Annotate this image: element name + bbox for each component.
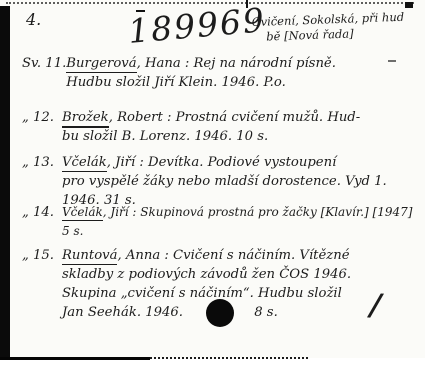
entry-number: „ 12. [22, 108, 62, 127]
card-bottom-edge [0, 357, 150, 360]
catalog-entry: „ 14. Včelák, Jiří : Skupinová prostná p… [22, 203, 418, 241]
entry-body: Včelák, Jiří : Devítka. Podiové vystoupe… [62, 153, 387, 210]
scan-artifact [388, 60, 396, 62]
card-bottom-edge-dotted [150, 357, 308, 359]
entry-author: Brožek [62, 110, 109, 128]
entry-number: „ 15. [22, 246, 62, 265]
entry-body: Včelák, Jiří : Skupinová prostná pro žač… [62, 203, 418, 241]
entry-number: Sv. 11. [22, 54, 66, 73]
entry-number: „ 14. [22, 203, 62, 222]
entry-author: Včelák [62, 205, 103, 221]
hole-punch [206, 299, 234, 327]
scan-edge-top [6, 2, 414, 4]
catalog-card-scan: 4. 189969 Cvičení, Sokolská, při hud bě … [0, 0, 425, 390]
entry-body: Brožek, Robert : Prostná cvičení mužů. H… [62, 108, 360, 146]
card-subject-heading: Cvičení, Sokolská, při hud bě [Nová řada… [252, 9, 425, 45]
entry-author: Včelák [62, 155, 107, 172]
check-mark: / [369, 288, 382, 324]
entry-text: , Jiří : Devítka. Podiové vystoupení pro… [62, 155, 387, 208]
entry-number: „ 13. [22, 153, 62, 172]
catalog-entry: „ 13. Včelák, Jiří : Devítka. Podiové vy… [22, 153, 387, 210]
card-series-number: 4. [26, 10, 41, 29]
catalog-entry: „ 15. Runtová, Anna : Cvičení s náčiním.… [22, 246, 351, 322]
entry-text: , Jiří : Skupinová prostná pro žačky [Kl… [62, 205, 416, 238]
entry-body: Burgerová, Hana : Rej na národní písně. … [66, 54, 336, 92]
catalog-entry: „ 12. Brožek, Robert : Prostná cvičení m… [22, 108, 360, 146]
scan-artifact [405, 2, 413, 8]
scan-edge-left [0, 6, 10, 359]
entry-author: Runtová [62, 248, 117, 265]
catalog-entry: Sv. 11. Burgerová, Hana : Rej na národní… [22, 54, 336, 92]
entry-author: Burgerová [66, 56, 136, 73]
